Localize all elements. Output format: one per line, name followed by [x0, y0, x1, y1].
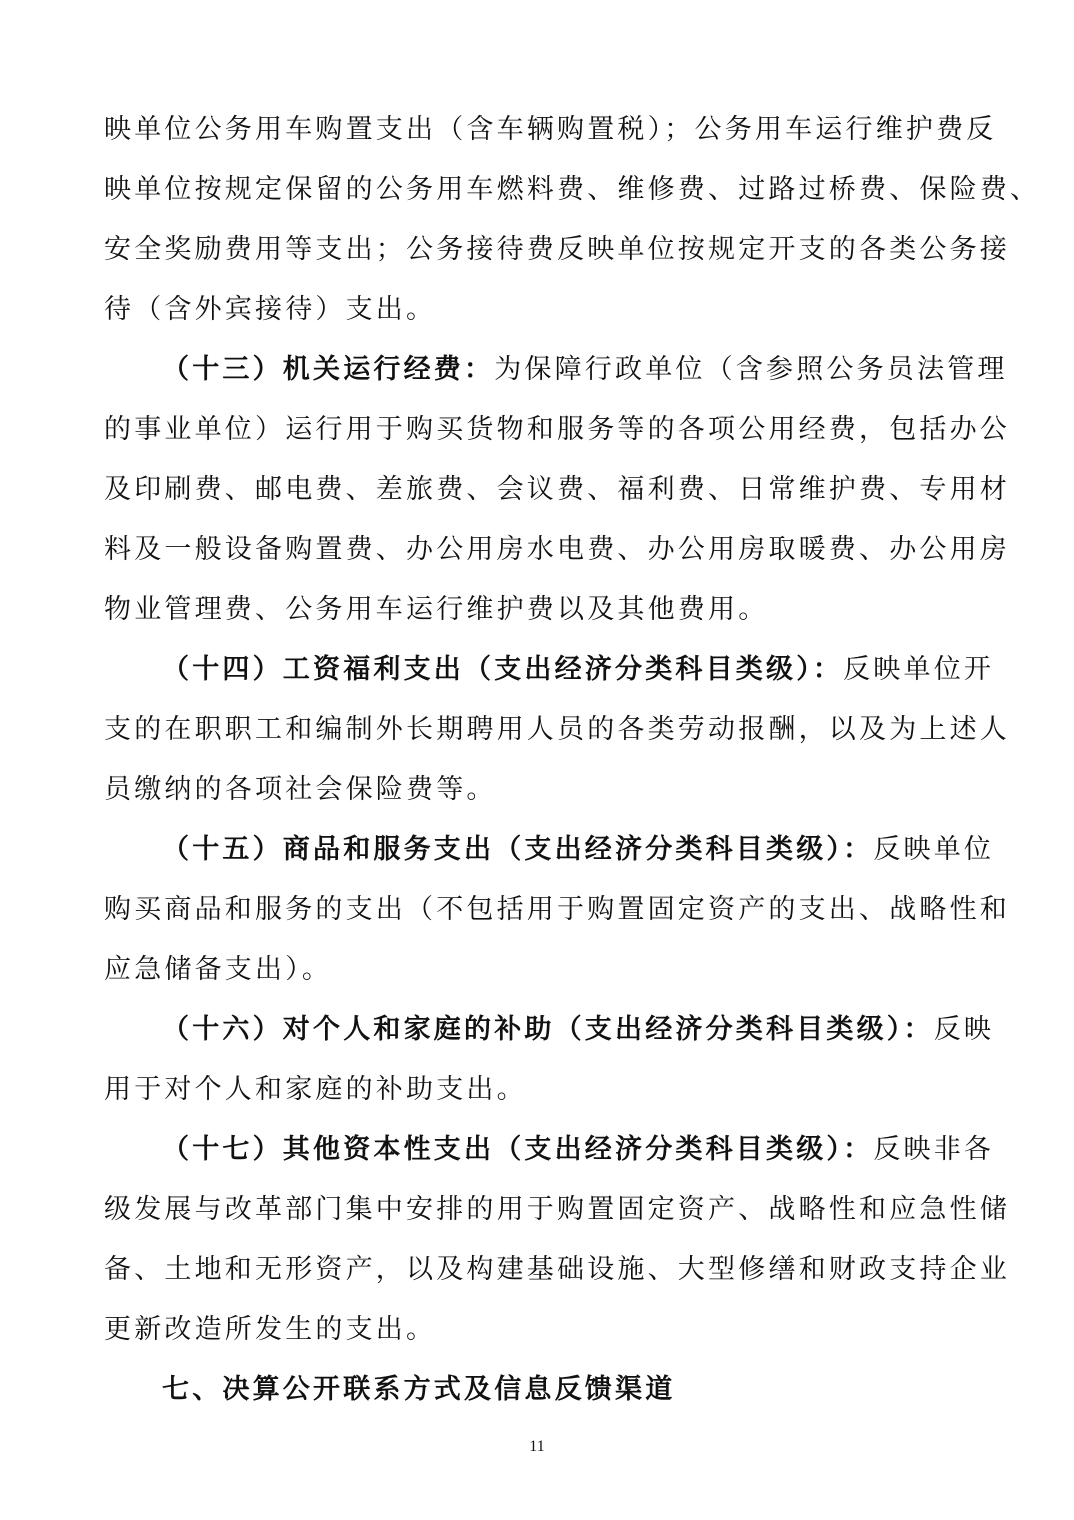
- document-body: 映单位公务用车购置支出（含车辆购置税）；公务用车运行维护费反 映单位按规定保留的…: [104, 100, 972, 1420]
- text-line: 购买商品和服务的支出（不包括用于购置固定资产的支出、战略性和: [104, 880, 972, 940]
- section-heading: 七、决算公开联系方式及信息反馈渠道: [104, 1360, 972, 1420]
- paragraph-13-start: （十三）机关运行经费：为保障行政单位（含参照公务员法管理: [104, 340, 972, 400]
- text-line: 员缴纳的各项社会保险费等。: [104, 760, 972, 820]
- item-15-title: （十五）商品和服务支出（支出经济分类科目类级）：: [162, 834, 873, 865]
- text-line: 更新改造所发生的支出。: [104, 1300, 972, 1360]
- text-line: 待（含外宾接待）支出。: [104, 280, 972, 340]
- text-line: 料及一般设备购置费、办公用房水电费、办公用房取暖费、办公用房: [104, 520, 972, 580]
- paragraph-15-start: （十五）商品和服务支出（支出经济分类科目类级）：反映单位: [104, 820, 972, 880]
- text-line: 备、土地和无形资产，以及构建基础设施、大型修缮和财政支持企业: [104, 1240, 972, 1300]
- paragraph-14-start: （十四）工资福利支出（支出经济分类科目类级）：反映单位开: [104, 640, 972, 700]
- text-line: 级发展与改革部门集中安排的用于购置固定资产、战略性和应急性储: [104, 1180, 972, 1240]
- item-17-title: （十七）其他资本性支出（支出经济分类科目类级）：: [162, 1134, 873, 1165]
- text-line: 安全奖励费用等支出；公务接待费反映单位按规定开支的各类公务接: [104, 220, 972, 280]
- text-line: 应急储备支出）。: [104, 940, 972, 1000]
- item-13-title: （十三）机关运行经费：: [162, 354, 494, 385]
- paragraph-17-start: （十七）其他资本性支出（支出经济分类科目类级）：反映非各: [104, 1120, 972, 1180]
- text-line: 映单位按规定保留的公务用车燃料费、维修费、过路过桥费、保险费、: [104, 160, 972, 220]
- text-line: 及印刷费、邮电费、差旅费、会议费、福利费、日常维护费、专用材: [104, 460, 972, 520]
- item-16-title: （十六）对个人和家庭的补助（支出经济分类科目类级）：: [162, 1014, 934, 1045]
- text-line: 的事业单位）运行用于购买货物和服务等的各项公用经费，包括办公: [104, 400, 972, 460]
- text-line: 映单位公务用车购置支出（含车辆购置税）；公务用车运行维护费反: [104, 100, 972, 160]
- item-14-title: （十四）工资福利支出（支出经济分类科目类级）：: [162, 654, 843, 685]
- text-line: 用于对个人和家庭的补助支出。: [104, 1060, 972, 1120]
- paragraph-16-start: （十六）对个人和家庭的补助（支出经济分类科目类级）：反映: [104, 1000, 972, 1060]
- text-line: 支的在职职工和编制外长期聘用人员的各类劳动报酬，以及为上述人: [104, 700, 972, 760]
- page-number: 11: [0, 1438, 1074, 1456]
- text-line: 物业管理费、公务用车运行维护费以及其他费用。: [104, 580, 972, 640]
